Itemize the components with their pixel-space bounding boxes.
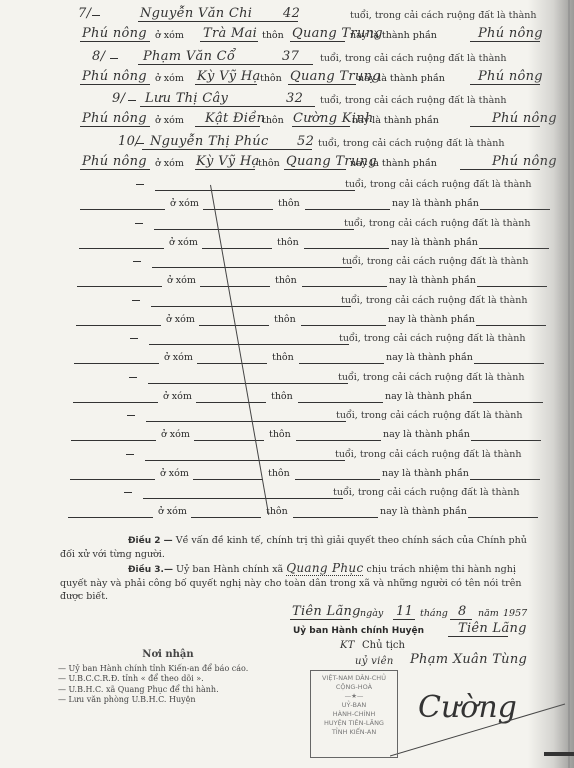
village-underline [288, 84, 356, 85]
blank-entry-line-2: ở xómthônnay là thành phần [0, 192, 574, 212]
age-suffix: tuổi, trong cải cách ruộng đất là thành [320, 53, 507, 64]
entry-dash [135, 223, 143, 224]
age-suffix: tuổi, trong cải cách ruộng đất là thành [344, 218, 531, 229]
year-label: năm [478, 608, 499, 619]
signer-note: uỷ viên [355, 656, 394, 667]
village-blank[interactable] [293, 517, 378, 518]
current-class-label: nay là thành phần [383, 429, 470, 440]
entry-10-line-2: Phú nông ở xóm Kỳ Vỹ Hạ thôn Quang Trung… [0, 152, 574, 172]
hamlet-label: ở xóm [163, 391, 192, 402]
recipient-item: — Lưu văn phòng U.B.H.C. Huyện [58, 695, 258, 706]
village-label: thôn [275, 275, 297, 286]
village-underline [290, 41, 345, 42]
scan-corner-mark [544, 752, 574, 756]
village-label: thôn [262, 30, 284, 41]
name-blank[interactable] [143, 498, 343, 499]
hamlet-label: ở xóm [166, 314, 195, 325]
prior-class-blank[interactable] [71, 440, 156, 441]
village-blank[interactable] [305, 209, 390, 210]
village-underline [284, 169, 346, 170]
entry-dash [92, 15, 100, 16]
village-underline [292, 126, 350, 127]
entry-hamlet: Kật Điền [205, 111, 265, 126]
place-underline [290, 619, 350, 620]
article-3-text-before: Uỷ ban Hành chính xã [176, 564, 283, 575]
official-seal-stamp: VIỆT-NAM DÂN-CHỦ CỘNG-HOÀ —★— UỶ-BAN HÀN… [310, 670, 398, 758]
name-blank[interactable] [146, 421, 346, 422]
village-blank[interactable] [298, 402, 383, 403]
village-label: thôn [268, 468, 290, 479]
current-class-label: nay là thành phần [350, 158, 437, 169]
hamlet-blank[interactable] [196, 402, 266, 403]
article-2: Điều 2 — Về vấn đề kinh tế, chính trị th… [60, 534, 540, 561]
date-line: Tiên Lãng ngày 11 tháng 8 năm 1957 [0, 604, 574, 622]
hamlet-underline [195, 169, 255, 170]
current-class-label: nay là thành phần [382, 468, 469, 479]
scanned-document-page: 7/ Nguyễn Văn Chi 42 tuổi, trong cải các… [0, 0, 574, 768]
entry-7-line-1: 7/ Nguyễn Văn Chi 42 tuổi, trong cải các… [0, 4, 574, 24]
village-blank[interactable] [299, 363, 384, 364]
day-underline [393, 619, 415, 620]
prior-class-underline [80, 41, 150, 42]
current-class-label: nay là thành phần [386, 352, 473, 363]
prior-class-underline [80, 126, 150, 127]
name-blank[interactable] [152, 267, 352, 268]
entry-age: 32 [286, 91, 303, 106]
village-blank[interactable] [301, 325, 386, 326]
hamlet-label: ở xóm [155, 73, 184, 84]
entry-dash [124, 492, 132, 493]
stamp-line: —★— [311, 692, 397, 701]
month-label: tháng [420, 608, 448, 619]
village-label: thôn [262, 115, 284, 126]
entry-number: 8/ [92, 49, 105, 64]
blank-entry-line-1: tuổi, trong cải cách ruộng đất là thành [0, 250, 574, 270]
age-suffix: tuổi, trong cải cách ruộng đất là thành [333, 487, 520, 498]
village-label: thôn [260, 73, 282, 84]
entry-9-line-1: 9/ Lưu Thị Cây 32 tuổi, trong cải cách r… [0, 89, 574, 109]
stamp-line: CỘNG-HOÀ [311, 683, 397, 692]
article-3-commune: Quang Phục [286, 561, 363, 576]
current-class-label: nay là thành phần [358, 73, 445, 84]
village-label: thôn [277, 237, 299, 248]
blank-entry-line-1: tuổi, trong cải cách ruộng đất là thành [0, 173, 574, 193]
entry-8-line-2: Phú nông ở xóm Kỳ Vỹ Hạ thôn Quang Trung… [0, 67, 574, 87]
recipients-block: Nơi nhận — Uỷ ban Hành chính tỉnh Kiến-a… [58, 650, 258, 706]
entry-dash [126, 454, 134, 455]
prior-class-blank[interactable] [77, 286, 162, 287]
village-blank[interactable] [304, 248, 389, 249]
current-class-label: nay là thành phần [350, 30, 437, 41]
hamlet-label: ở xóm [160, 468, 189, 479]
age-suffix: tuổi, trong cải cách ruộng đất là thành [345, 179, 532, 190]
blank-entry-line-1: tuổi, trong cải cách ruộng đất là thành [0, 212, 574, 232]
blank-entry-line-2: ở xómthônnay là thành phần [0, 231, 574, 251]
date-day: 11 [396, 604, 413, 619]
village-blank[interactable] [302, 286, 387, 287]
name-blank[interactable] [149, 344, 349, 345]
blank-entry-line-1: tuổi, trong cải cách ruộng đất là thành [0, 481, 574, 501]
entry-dash [132, 300, 140, 301]
name-blank[interactable] [145, 460, 345, 461]
month-underline [450, 619, 472, 620]
hamlet-blank[interactable] [194, 440, 264, 441]
entry-10-line-1: 10/ Nguyễn Thị Phúc 52 tuổi, trong cải c… [0, 132, 574, 152]
village-label: thôn [274, 314, 296, 325]
prior-class-blank[interactable] [73, 402, 158, 403]
name-blank[interactable] [154, 229, 354, 230]
prior-class-blank[interactable] [76, 325, 161, 326]
recipient-item: — U.B.H.C. xã Quang Phục để thi hành. [58, 685, 258, 696]
entry-number: 7/ [78, 6, 91, 21]
entry-name: Lưu Thị Cây [145, 91, 228, 106]
article-2-label: Điều 2 — [128, 536, 173, 546]
hamlet-label: ở xóm [164, 352, 193, 363]
entry-number: 10/ [118, 134, 140, 149]
recipient-item: — U.B.C.C.R.Đ. tỉnh « để theo dõi ». [58, 674, 258, 685]
hamlet-underline [200, 41, 258, 42]
prior-class-blank[interactable] [68, 517, 153, 518]
article-3-label: Điều 3.— [128, 565, 173, 575]
hamlet-label: ở xóm [170, 198, 199, 209]
current-class-label: nay là thành phần [392, 198, 479, 209]
name-blank[interactable] [155, 190, 355, 191]
date-month: 8 [458, 604, 467, 619]
name-underline [138, 21, 298, 22]
entry-prior-class: Phú nông [82, 154, 147, 169]
blank-entry-line-2: ở xómthônnay là thành phần [0, 462, 574, 482]
prior-class-blank[interactable] [74, 363, 159, 364]
prior-class-blank[interactable] [80, 209, 165, 210]
entry-prior-class: Phú nông [82, 69, 147, 84]
date-place: Tiên Lãng [292, 604, 361, 619]
prior-class-underline [80, 169, 150, 170]
age-suffix: tuổi, trong cải cách ruộng đất là thành [339, 333, 526, 344]
current-class-label: nay là thành phần [388, 314, 475, 325]
stamp-line: VIỆT-NAM DÂN-CHỦ [311, 674, 397, 683]
entry-7-line-2: Phú nông ở xóm Trà Mai thôn Quang Trung … [0, 24, 574, 44]
entry-hamlet: Kỳ Vỹ Hạ [197, 69, 261, 84]
stamp-line: UỶ-BAN [311, 701, 397, 710]
blank-entry-line-2: ở xómthônnay là thành phần [0, 346, 574, 366]
entry-dash [130, 338, 138, 339]
prior-class-underline [80, 84, 150, 85]
blank-entry-line-1: tuổi, trong cải cách ruộng đất là thành [0, 327, 574, 347]
stamp-line: TỈNH KIẾN-AN [311, 728, 397, 737]
age-suffix: tuổi, trong cải cách ruộng đất là thành [320, 95, 507, 106]
hamlet-blank[interactable] [202, 248, 272, 249]
entry-name: Nguyễn Thị Phúc [150, 134, 269, 149]
age-suffix: tuổi, trong cải cách ruộng đất là thành [338, 372, 525, 383]
entry-dash [136, 184, 144, 185]
current-class-label: nay là thành phần [352, 115, 439, 126]
recipients-title: Nơi nhận [58, 650, 258, 661]
signer-name: Phạm Xuân Tùng [410, 652, 527, 667]
village-label: thôn [258, 158, 280, 169]
hamlet-blank[interactable] [193, 479, 263, 480]
authority-district: Tiên Lãng [458, 621, 527, 636]
village-label: thôn [278, 198, 300, 209]
blank-entry-line-1: tuổi, trong cải cách ruộng đất là thành [0, 404, 574, 424]
current-class-label: nay là thành phần [391, 237, 478, 248]
age-suffix: tuổi, trong cải cách ruộng đất là thành [350, 10, 537, 21]
article-3: Điều 3.— Uỷ ban Hành chính xã Quang Phục… [60, 562, 540, 603]
hamlet-underline [195, 84, 257, 85]
date-year: 1957 [503, 608, 527, 619]
current-class-label: nay là thành phần [389, 275, 476, 286]
hamlet-label: ở xóm [167, 275, 196, 286]
entry-age: 52 [297, 134, 314, 149]
age-suffix: tuổi, trong cải cách ruộng đất là thành [341, 295, 528, 306]
prior-class-blank[interactable] [70, 479, 155, 480]
hamlet-label: ở xóm [169, 237, 198, 248]
hamlet-underline [195, 126, 260, 127]
blank-entry-line-2: ở xómthônnay là thành phần [0, 500, 574, 520]
hamlet-label: ở xóm [158, 506, 187, 517]
age-suffix: tuổi, trong cải cách ruộng đất là thành [342, 256, 529, 267]
name-underline [138, 64, 313, 65]
village-label: thôn [271, 391, 293, 402]
hamlet-label: ở xóm [161, 429, 190, 440]
village-label: thôn [266, 506, 288, 517]
age-suffix: tuổi, trong cải cách ruộng đất là thành [335, 449, 522, 460]
entry-dash [129, 377, 137, 378]
village-blank[interactable] [296, 440, 381, 441]
entry-number: 9/ [112, 91, 125, 106]
entry-hamlet: Trà Mai [203, 26, 257, 41]
entry-dash [136, 143, 144, 144]
entry-prior-class: Phú nông [82, 26, 147, 41]
age-suffix: tuổi, trong cải cách ruộng đất là thành [336, 410, 523, 421]
entry-age: 42 [283, 6, 300, 21]
name-blank[interactable] [148, 383, 348, 384]
hamlet-label: ở xóm [155, 158, 184, 169]
stamp-line: HÀNH-CHÍNH [311, 710, 397, 719]
hamlet-blank[interactable] [197, 363, 267, 364]
village-blank[interactable] [295, 479, 380, 480]
name-blank[interactable] [151, 306, 351, 307]
blank-entry-line-2: ở xómthônnay là thành phần [0, 308, 574, 328]
hamlet-label: ở xóm [155, 30, 184, 41]
blank-entry-line-2: ở xómthônnay là thành phần [0, 385, 574, 405]
entry-8-line-1: 8/ Phạm Văn Cổ 37 tuổi, trong cải cách r… [0, 47, 574, 67]
entry-prior-class: Phú nông [82, 111, 147, 126]
current-class-label: nay là thành phần [380, 506, 467, 517]
prior-class-blank[interactable] [79, 248, 164, 249]
hamlet-blank[interactable] [191, 517, 261, 518]
hamlet-blank[interactable] [200, 286, 270, 287]
blank-entry-line-1: tuổi, trong cải cách ruộng đất là thành [0, 289, 574, 309]
blank-entry-line-2: ở xómthônnay là thành phần [0, 423, 574, 443]
entry-dash [128, 100, 136, 101]
entry-dash [110, 58, 118, 59]
authority-label: Uỷ ban Hành chính Huyện [293, 626, 424, 636]
entry-hamlet: Kỳ Vỹ Hạ [196, 154, 260, 169]
village-label: thôn [269, 429, 291, 440]
age-suffix: tuổi, trong cải cách ruộng đất là thành [318, 138, 505, 149]
scan-edge-line [568, 0, 570, 768]
day-label: ngày [360, 608, 383, 619]
entry-9-line-2: Phú nông ở xóm Kật Điền thôn Cường Kinh … [0, 109, 574, 129]
blank-entry-line-1: tuổi, trong cải cách ruộng đất là thành [0, 366, 574, 386]
blank-entry-line-1: tuổi, trong cải cách ruộng đất là thành [0, 443, 574, 463]
hamlet-label: ở xóm [155, 115, 184, 126]
recipient-item: — Uỷ ban Hành chính tỉnh Kiến-an để báo … [58, 664, 258, 675]
name-underline [142, 149, 312, 150]
blank-entry-line-2: ở xómthônnay là thành phần [0, 269, 574, 289]
name-underline [140, 106, 315, 107]
entry-name: Nguyễn Văn Chi [140, 6, 252, 21]
current-class-label: nay là thành phần [385, 391, 472, 402]
entry-dash [133, 261, 141, 262]
village-label: thôn [272, 352, 294, 363]
entry-age: 37 [282, 49, 299, 64]
entry-dash [127, 415, 135, 416]
entry-name: Phạm Văn Cổ [143, 49, 235, 64]
stamp-line: HUYỆN TIÊN-LÃNG [311, 719, 397, 728]
